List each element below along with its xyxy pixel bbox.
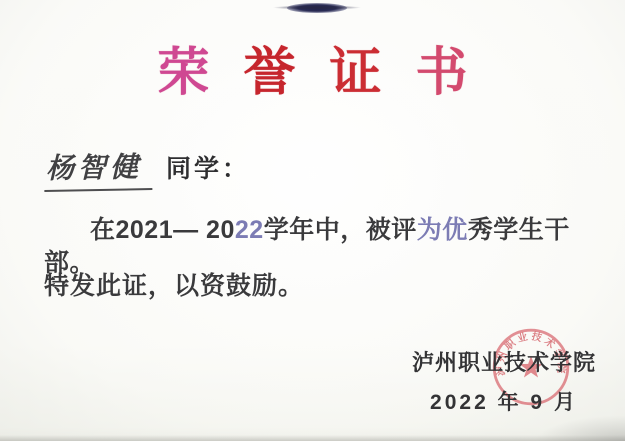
title-char: 誉	[243, 48, 295, 100]
body-text-segment: 22	[235, 216, 264, 244]
title-char: 荣	[157, 48, 209, 100]
issuer-name: 泸州职业技术学院	[398, 346, 610, 377]
issue-block: 泸州职业技术学院 2022 年 9 月	[398, 346, 610, 416]
certificate-page: 荣 誉 证 书 杨智健 同学： 在2021— 2022学年中，被评为优秀学生干部…	[0, 0, 625, 441]
certificate-title: 荣 誉 证 书	[0, 48, 625, 100]
issue-date: 2022 年 9 月	[398, 386, 610, 416]
title-char: 证	[330, 48, 382, 100]
salutation-row: 杨智健 同学：	[44, 146, 250, 191]
body-text-segment: 为优	[417, 216, 468, 244]
recipient-name-handwritten: 杨智健	[44, 145, 153, 192]
title-char: 书	[416, 48, 468, 100]
recipient-salutation: 同学：	[166, 149, 250, 185]
body-line-2: 特发此证，以资鼓励。	[44, 266, 600, 302]
binder-hole-mark	[287, 3, 347, 13]
scan-edge-shadow-bottom	[0, 435, 625, 441]
body-text-segment: 学年中，被评	[264, 216, 417, 244]
body-text-segment: 在2021— 20	[90, 216, 235, 244]
scan-edge-shadow-corner	[535, 415, 625, 441]
